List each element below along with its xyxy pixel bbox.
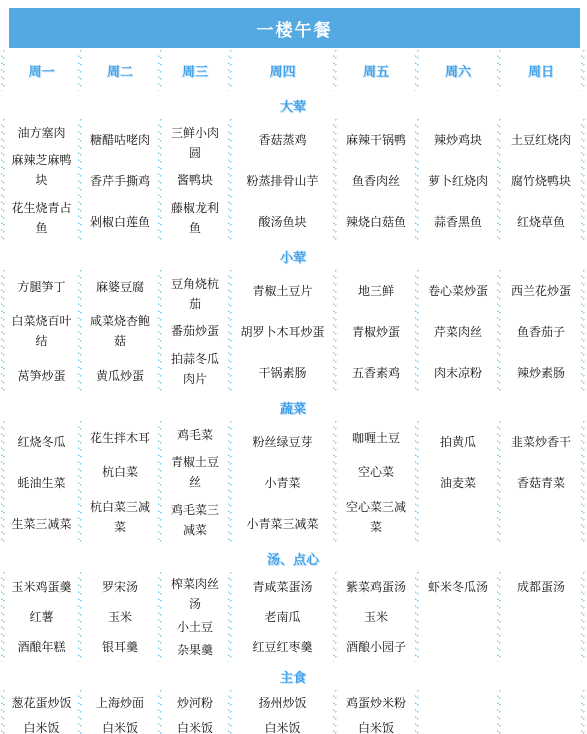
weekday-header-3: 周三 bbox=[160, 48, 230, 93]
menu-cell: 油方塞肉麻辣芝麻鸭块花生烧青占鱼 bbox=[3, 117, 80, 244]
weekday-label: 周五 bbox=[363, 61, 389, 80]
dish-item: 白米饭 bbox=[258, 718, 306, 734]
menu-cell: 粉丝绿豆芽小青菜小青菜三减菜 bbox=[230, 419, 335, 546]
dish-item: 三鲜小肉圆 bbox=[160, 123, 230, 163]
section-label-row: 蔬菜 bbox=[3, 395, 583, 419]
dish-item: 榨菜肉丝汤 bbox=[160, 574, 230, 614]
weekday-header-2: 周二 bbox=[80, 48, 160, 93]
dish-item: 青椒炒蛋 bbox=[346, 322, 406, 342]
menu-cell: 土豆红烧肉腐竹烧鸭块红烧草鱼 bbox=[499, 117, 583, 244]
dish-item: 成都蛋汤 bbox=[511, 577, 571, 597]
menu-cell: 豆角烧杭茄番茄炒蛋拍蒜冬瓜肉片 bbox=[160, 268, 230, 395]
section-label-row: 小荤 bbox=[3, 244, 583, 268]
weekday-header-row: 周一周二周三周四周五周六周日 bbox=[3, 48, 583, 93]
dish-item: 油麦菜 bbox=[434, 473, 482, 493]
menu-cell bbox=[499, 688, 583, 734]
dish-item: 粉丝绿豆芽 bbox=[246, 432, 318, 452]
dish-item: 杂果羹 bbox=[171, 640, 219, 660]
weekday-label: 周六 bbox=[445, 61, 471, 80]
dish-item: 咸菜烧杏鲍菇 bbox=[80, 311, 160, 351]
dish-item: 干锅素肠 bbox=[252, 363, 312, 383]
dish-item bbox=[535, 514, 547, 534]
weekday-label: 周三 bbox=[182, 61, 208, 80]
menu-cell: 麻婆豆腐咸菜烧杏鲍菇黄瓜炒蛋 bbox=[80, 268, 160, 395]
dish-item: 青咸菜蛋汤 bbox=[246, 577, 318, 597]
menu-cell: 香菇蒸鸡粉蒸排骨山芋酸汤鱼块 bbox=[230, 117, 335, 244]
dish-item: 鱼香茄子 bbox=[511, 322, 571, 342]
menu-cell: 拍黄瓜油麦菜 bbox=[417, 419, 499, 546]
dish-item: 葱花蛋炒饭 bbox=[5, 693, 77, 713]
menu-table: 周一周二周三周四周五周六周日 大荤油方塞肉麻辣芝麻鸭块花生烧青占鱼糖醋咕咾肉香芹… bbox=[3, 48, 583, 734]
dish-item bbox=[452, 607, 464, 627]
dish-item: 香菇蒸鸡 bbox=[252, 130, 312, 150]
dish-item: 空心菜三减菜 bbox=[335, 497, 417, 537]
dish-item: 西兰花炒蛋 bbox=[505, 281, 577, 301]
menu-cell: 成都蛋汤 bbox=[499, 570, 583, 664]
dish-item bbox=[535, 718, 547, 734]
dish-item: 莴笋炒蛋 bbox=[11, 366, 71, 386]
dish-item: 韭菜炒香干 bbox=[505, 432, 577, 452]
dish-item bbox=[535, 693, 547, 713]
dish-item: 杭白菜 bbox=[96, 462, 144, 482]
dish-item: 肉末凉粉 bbox=[428, 363, 488, 383]
weekday-label: 周日 bbox=[528, 61, 554, 80]
dish-item: 红豆红枣羹 bbox=[246, 637, 318, 657]
dish-item bbox=[535, 637, 547, 657]
section-label: 大荤 bbox=[280, 96, 306, 115]
dish-item: 麻辣干锅鸭 bbox=[340, 130, 412, 150]
menu-cell bbox=[417, 688, 499, 734]
section-label-row: 汤、点心 bbox=[3, 546, 583, 570]
dish-item: 黄瓜炒蛋 bbox=[90, 366, 150, 386]
menu-cell: 罗宋汤玉米银耳羹 bbox=[80, 570, 160, 664]
menu-cell: 葱花蛋炒饭白米饭 bbox=[3, 688, 80, 734]
dish-item: 红烧冬瓜 bbox=[11, 432, 71, 452]
page-title: 一楼午餐 bbox=[9, 8, 580, 48]
menu-cell: 青咸菜蛋汤老南瓜红豆红枣羹 bbox=[230, 570, 335, 664]
dish-item: 鸡毛菜三减菜 bbox=[160, 500, 230, 540]
menu-body: 大荤油方塞肉麻辣芝麻鸭块花生烧青占鱼糖醋咕咾肉香芹手撕鸡剁椒白莲鱼三鲜小肉圆酱鸭… bbox=[3, 93, 583, 734]
dish-item: 青椒土豆片 bbox=[246, 281, 318, 301]
weekday-label: 周四 bbox=[269, 61, 295, 80]
dish-item: 罗宋汤 bbox=[96, 577, 144, 597]
dish-item: 青椒土豆丝 bbox=[160, 452, 230, 492]
dish-item: 白米饭 bbox=[171, 718, 219, 734]
section-row: 红烧冬瓜蚝油生菜生菜三减菜花生拌木耳杭白菜杭白菜三减菜鸡毛菜青椒土豆丝鸡毛菜三减… bbox=[3, 419, 583, 546]
dish-item: 老南瓜 bbox=[258, 607, 306, 627]
menu-cell: 卷心菜炒蛋芹菜肉丝肉末凉粉 bbox=[417, 268, 499, 395]
menu-cell: 西兰花炒蛋鱼香茄子辣炒素肠 bbox=[499, 268, 583, 395]
dish-item: 五香素鸡 bbox=[346, 363, 406, 383]
dish-item: 蒜香黑鱼 bbox=[428, 212, 488, 232]
dish-item: 白菜烧百叶结 bbox=[3, 311, 80, 351]
menu-cell: 糖醋咕咾肉香芹手撕鸡剁椒白莲鱼 bbox=[80, 117, 160, 244]
dish-item: 咖喱土豆 bbox=[346, 428, 406, 448]
section-label: 蔬菜 bbox=[280, 398, 306, 417]
dish-item: 麻婆豆腐 bbox=[90, 277, 150, 297]
dish-item: 芹菜肉丝 bbox=[428, 322, 488, 342]
menu-cell: 鸡毛菜青椒土豆丝鸡毛菜三减菜 bbox=[160, 419, 230, 546]
dish-item: 腐竹烧鸭块 bbox=[505, 171, 577, 191]
menu-cell: 韭菜炒香干香菇青菜 bbox=[499, 419, 583, 546]
dish-item: 花生烧青占鱼 bbox=[3, 198, 80, 238]
menu-cell: 上海炒面白米饭 bbox=[80, 688, 160, 734]
menu-cell: 辣炒鸡块萝卜红烧肉蒜香黑鱼 bbox=[417, 117, 499, 244]
dish-item: 藤椒龙利鱼 bbox=[160, 198, 230, 238]
dish-item bbox=[535, 607, 547, 627]
dish-item: 花生拌木耳 bbox=[84, 428, 156, 448]
section-label-row: 大荤 bbox=[3, 93, 583, 117]
dish-item: 豆角烧杭茄 bbox=[160, 274, 230, 314]
dish-item: 地三鲜 bbox=[352, 281, 400, 301]
dish-item: 香芹手撕鸡 bbox=[84, 171, 156, 191]
dish-item: 方腿笋丁 bbox=[11, 277, 71, 297]
section-label: 汤、点心 bbox=[267, 549, 319, 568]
weekday-header-6: 周六 bbox=[417, 48, 499, 93]
section-row: 葱花蛋炒饭白米饭上海炒面白米饭炒河粉白米饭扬州炒饭白米饭鸡蛋炒米粉白米饭 bbox=[3, 688, 583, 734]
menu-cell: 紫菜鸡蛋汤玉米酒酿小园子 bbox=[335, 570, 417, 664]
dish-item: 虾米冬瓜汤 bbox=[422, 577, 494, 597]
weekday-header-4: 周四 bbox=[230, 48, 335, 93]
dish-item: 粉蒸排骨山芋 bbox=[240, 171, 324, 191]
dish-item: 玉米 bbox=[358, 607, 394, 627]
dish-item: 辣炒鸡块 bbox=[428, 130, 488, 150]
menu-cell: 三鲜小肉圆酱鸭块藤椒龙利鱼 bbox=[160, 117, 230, 244]
dish-item: 酒酿年糕 bbox=[11, 637, 71, 657]
dish-item: 生菜三减菜 bbox=[5, 514, 77, 534]
dish-item: 玉米鸡蛋羹 bbox=[5, 577, 77, 597]
dish-item: 白米饭 bbox=[96, 718, 144, 734]
section-label: 小荤 bbox=[280, 247, 306, 266]
dish-item: 空心菜 bbox=[352, 462, 400, 482]
menu-cell: 方腿笋丁白菜烧百叶结莴笋炒蛋 bbox=[3, 268, 80, 395]
menu-cell: 榨菜肉丝汤小土豆杂果羹 bbox=[160, 570, 230, 664]
dish-item: 白米饭 bbox=[352, 718, 400, 734]
dish-item: 上海炒面 bbox=[90, 693, 150, 713]
weekday-header-1: 周一 bbox=[3, 48, 80, 93]
dish-item: 杭白菜三减菜 bbox=[80, 497, 160, 537]
dish-item: 香菇青菜 bbox=[511, 473, 571, 493]
menu-cell: 鸡蛋炒米粉白米饭 bbox=[335, 688, 417, 734]
lunch-menu-page: 一楼午餐 周一周二周三周四周五周六周日 大荤油方塞肉麻辣芝麻鸭块花生烧青占鱼糖醋… bbox=[0, 0, 587, 734]
dish-item: 剁椒白莲鱼 bbox=[84, 212, 156, 232]
dish-item: 辣烧白菇鱼 bbox=[340, 212, 412, 232]
dish-item bbox=[452, 718, 464, 734]
menu-cell: 花生拌木耳杭白菜杭白菜三减菜 bbox=[80, 419, 160, 546]
dish-item: 小青菜 bbox=[258, 473, 306, 493]
dish-item: 小青菜三减菜 bbox=[240, 514, 324, 534]
menu-cell: 扬州炒饭白米饭 bbox=[230, 688, 335, 734]
section-label: 主食 bbox=[280, 667, 306, 686]
dish-item: 麻辣芝麻鸭块 bbox=[3, 150, 80, 190]
dish-item: 紫菜鸡蛋汤 bbox=[340, 577, 412, 597]
dish-item: 酒酿小园子 bbox=[340, 637, 412, 657]
dish-item: 糖醋咕咾肉 bbox=[84, 130, 156, 150]
dish-item: 酱鸭块 bbox=[171, 170, 219, 190]
menu-cell: 玉米鸡蛋羹红薯酒酿年糕 bbox=[3, 570, 80, 664]
section-row: 方腿笋丁白菜烧百叶结莴笋炒蛋麻婆豆腐咸菜烧杏鲍菇黄瓜炒蛋豆角烧杭茄番茄炒蛋拍蒜冬… bbox=[3, 268, 583, 395]
dish-item: 番茄炒蛋 bbox=[165, 321, 225, 341]
dish-item: 鱼香肉丝 bbox=[346, 171, 406, 191]
dish-item: 白米饭 bbox=[17, 718, 65, 734]
dish-item: 油方塞肉 bbox=[11, 123, 71, 143]
dish-item: 胡罗卜木耳炒蛋 bbox=[234, 322, 330, 342]
section-label-row: 主食 bbox=[3, 664, 583, 688]
menu-cell: 青椒土豆片胡罗卜木耳炒蛋干锅素肠 bbox=[230, 268, 335, 395]
dish-item: 土豆红烧肉 bbox=[505, 130, 577, 150]
weekday-header-7: 周日 bbox=[499, 48, 583, 93]
dish-item: 卷心菜炒蛋 bbox=[422, 281, 494, 301]
dish-item: 玉米 bbox=[102, 607, 138, 627]
menu-cell: 虾米冬瓜汤 bbox=[417, 570, 499, 664]
dish-item: 酸汤鱼块 bbox=[252, 212, 312, 232]
dish-item: 鸡蛋炒米粉 bbox=[340, 693, 412, 713]
dish-item: 萝卜红烧肉 bbox=[422, 171, 494, 191]
weekday-header-5: 周五 bbox=[335, 48, 417, 93]
dish-item: 银耳羹 bbox=[96, 637, 144, 657]
dish-item: 拍黄瓜 bbox=[434, 432, 482, 452]
menu-cell: 红烧冬瓜蚝油生菜生菜三减菜 bbox=[3, 419, 80, 546]
weekday-label: 周一 bbox=[28, 61, 54, 80]
dish-item: 鸡毛菜 bbox=[171, 425, 219, 445]
menu-cell: 麻辣干锅鸭鱼香肉丝辣烧白菇鱼 bbox=[335, 117, 417, 244]
dish-item: 红薯 bbox=[23, 607, 59, 627]
section-row: 玉米鸡蛋羹红薯酒酿年糕罗宋汤玉米银耳羹榨菜肉丝汤小土豆杂果羹青咸菜蛋汤老南瓜红豆… bbox=[3, 570, 583, 664]
dish-item: 扬州炒饭 bbox=[252, 693, 312, 713]
menu-cell: 咖喱土豆空心菜空心菜三减菜 bbox=[335, 419, 417, 546]
dish-item bbox=[452, 514, 464, 534]
dish-item: 辣炒素肠 bbox=[511, 363, 571, 383]
dish-item: 蚝油生菜 bbox=[11, 473, 71, 493]
dish-item bbox=[452, 693, 464, 713]
section-row: 油方塞肉麻辣芝麻鸭块花生烧青占鱼糖醋咕咾肉香芹手撕鸡剁椒白莲鱼三鲜小肉圆酱鸭块藤… bbox=[3, 117, 583, 244]
dish-item: 红烧草鱼 bbox=[511, 212, 571, 232]
weekday-label: 周二 bbox=[107, 61, 133, 80]
dish-item: 炒河粉 bbox=[171, 693, 219, 713]
dish-item bbox=[452, 637, 464, 657]
menu-cell: 炒河粉白米饭 bbox=[160, 688, 230, 734]
menu-cell: 地三鲜青椒炒蛋五香素鸡 bbox=[335, 268, 417, 395]
dish-item: 拍蒜冬瓜肉片 bbox=[160, 349, 230, 389]
dish-item: 小土豆 bbox=[171, 617, 219, 637]
